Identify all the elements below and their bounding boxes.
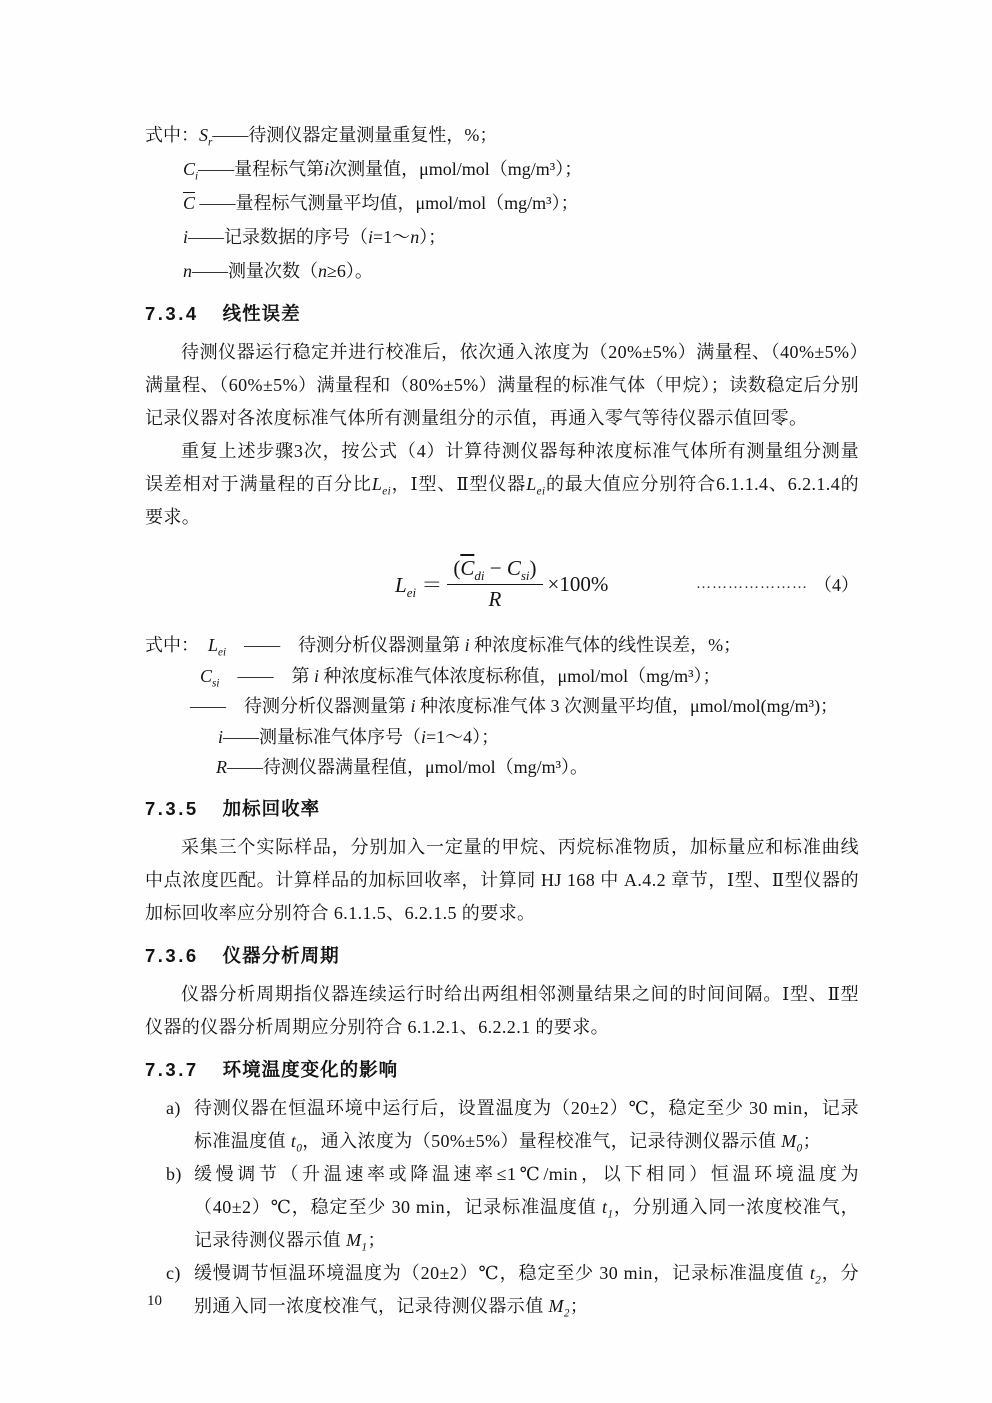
definition-item-i: i——测量标准气体序号（i=1～4）； — [145, 722, 859, 753]
symbol-definition-list-top: 式中：Sr——待测仪器定量测量重复性，%； Ci——量程标气第i次测量值，μmo… — [145, 118, 859, 288]
section-number: 7.3.6 — [145, 945, 199, 966]
definition-item-sr: 式中：Sr——待测仪器定量测量重复性，%； — [145, 118, 859, 152]
paragraph-7-3-4-2: 重复上述步骤3次，按公式（4）计算待测仪器每种浓度标准气体所有测量组分测量误差相… — [145, 435, 859, 534]
list-item-b-text: 缓慢调节（升温速率或降温速率≤1℃/min，以下相同）恒温环境温度为（40±2）… — [194, 1164, 859, 1250]
equation-rhs: ×100% — [548, 572, 609, 597]
section-title: 线性误差 — [223, 303, 301, 324]
equation-tail: ………………… （4） — [696, 571, 859, 597]
list-item-b: b) 缓慢调节（升温速率或降温速率≤1℃/min，以下相同）恒温环境温度为（40… — [145, 1158, 859, 1257]
section-title: 仪器分析周期 — [223, 945, 340, 966]
equation-numerator: (Cdi − Csi) — [447, 556, 542, 585]
section-heading-7-3-6: 7.3.6仪器分析周期 — [145, 943, 859, 969]
list-item-c: c) 缓慢调节恒温环境温度为（20±2）℃，稳定至少 30 min，记录标准温度… — [145, 1257, 859, 1323]
list-marker-c: c) — [166, 1257, 181, 1290]
section-heading-7-3-4: 7.3.4线性误差 — [145, 301, 859, 327]
paragraph-7-3-5: 采集三个实际样品，分别加入一定量的甲烷、丙烷标准物质，加标量应和标准曲线中点浓度… — [145, 831, 859, 930]
list-marker-a: a) — [166, 1092, 181, 1125]
equation-denominator: R — [489, 585, 502, 612]
page-number: 10 — [147, 1293, 162, 1310]
equation-fraction: (Cdi − Csi) R — [447, 556, 542, 612]
list-marker-b: b) — [166, 1158, 182, 1191]
equation-lhs: Lei ＝ — [395, 569, 442, 599]
definition-item-cdi-mean: —— 待测分析仪器测量第 i 种浓度标准气体 3 次测量平均值，μmol/mol… — [145, 691, 859, 722]
list-item-a: a) 待测仪器在恒温环境中运行后，设置温度为（20±2）℃，稳定至少 30 mi… — [145, 1092, 859, 1158]
section-title: 加标回收率 — [223, 798, 321, 819]
equation-dot-leader: ………………… — [696, 576, 808, 593]
definition-item-n: n——测量次数（n≥6）。 — [145, 254, 859, 288]
equation-number: （4） — [814, 571, 859, 597]
section-number: 7.3.4 — [145, 303, 199, 324]
definition-item-csi: Csi —— 第 i 种浓度标准气体浓度标称值，μmol/mol（mg/m³）； — [145, 661, 859, 692]
section-number: 7.3.7 — [145, 1059, 199, 1080]
definition-item-i: i——记录数据的序号（i=1～n）； — [145, 220, 859, 254]
section-title: 环境温度变化的影响 — [223, 1059, 399, 1080]
equation-4: Lei ＝ (Cdi − Csi) R ×100% ………………… （4） — [145, 548, 859, 620]
paragraph-7-3-4-1: 待测仪器运行稳定并进行校准后，依次通入浓度为（20%±5%）满量程、（40%±5… — [145, 336, 859, 435]
page-content: 式中：Sr——待测仪器定量测量重复性，%； Ci——量程标气第i次测量值，μmo… — [145, 118, 859, 1323]
definition-item-cbar: C ——量程标气测量平均值，μmol/mol（mg/m³）； — [145, 186, 859, 220]
paragraph-7-3-6: 仪器分析周期指仪器连续运行时给出两组相邻测量结果之间的时间间隔。Ⅰ型、Ⅱ型仪器的… — [145, 978, 859, 1044]
definition-item-lei: 式中： Lei —— 待测分析仪器测量第 i 种浓度标准气体的线性误差，%； — [145, 630, 859, 661]
document-page: 式中：Sr——待测仪器定量测量重复性，%； Ci——量程标气第i次测量值，μmo… — [0, 0, 992, 1403]
definition-item-r: R——待测仪器满量程值，μmol/mol（mg/m³）。 — [145, 752, 859, 783]
definition-item-ci: Ci——量程标气第i次测量值，μmol/mol（mg/m³）； — [145, 152, 859, 186]
section-heading-7-3-7: 7.3.7环境温度变化的影响 — [145, 1057, 859, 1083]
section-number: 7.3.5 — [145, 798, 199, 819]
section-heading-7-3-5: 7.3.5加标回收率 — [145, 796, 859, 822]
symbol-definition-list-eq4: 式中： Lei —— 待测分析仪器测量第 i 种浓度标准气体的线性误差，%； C… — [145, 630, 859, 783]
list-item-a-text: 待测仪器在恒温环境中运行后，设置温度为（20±2）℃，稳定至少 30 min，记… — [194, 1098, 859, 1151]
procedure-list: a) 待测仪器在恒温环境中运行后，设置温度为（20±2）℃，稳定至少 30 mi… — [145, 1092, 859, 1323]
equation-expression: Lei ＝ (Cdi − Csi) R ×100% — [395, 556, 608, 612]
list-item-c-text: 缓慢调节恒温环境温度为（20±2）℃，稳定至少 30 min，记录标准温度值 t… — [194, 1263, 859, 1316]
